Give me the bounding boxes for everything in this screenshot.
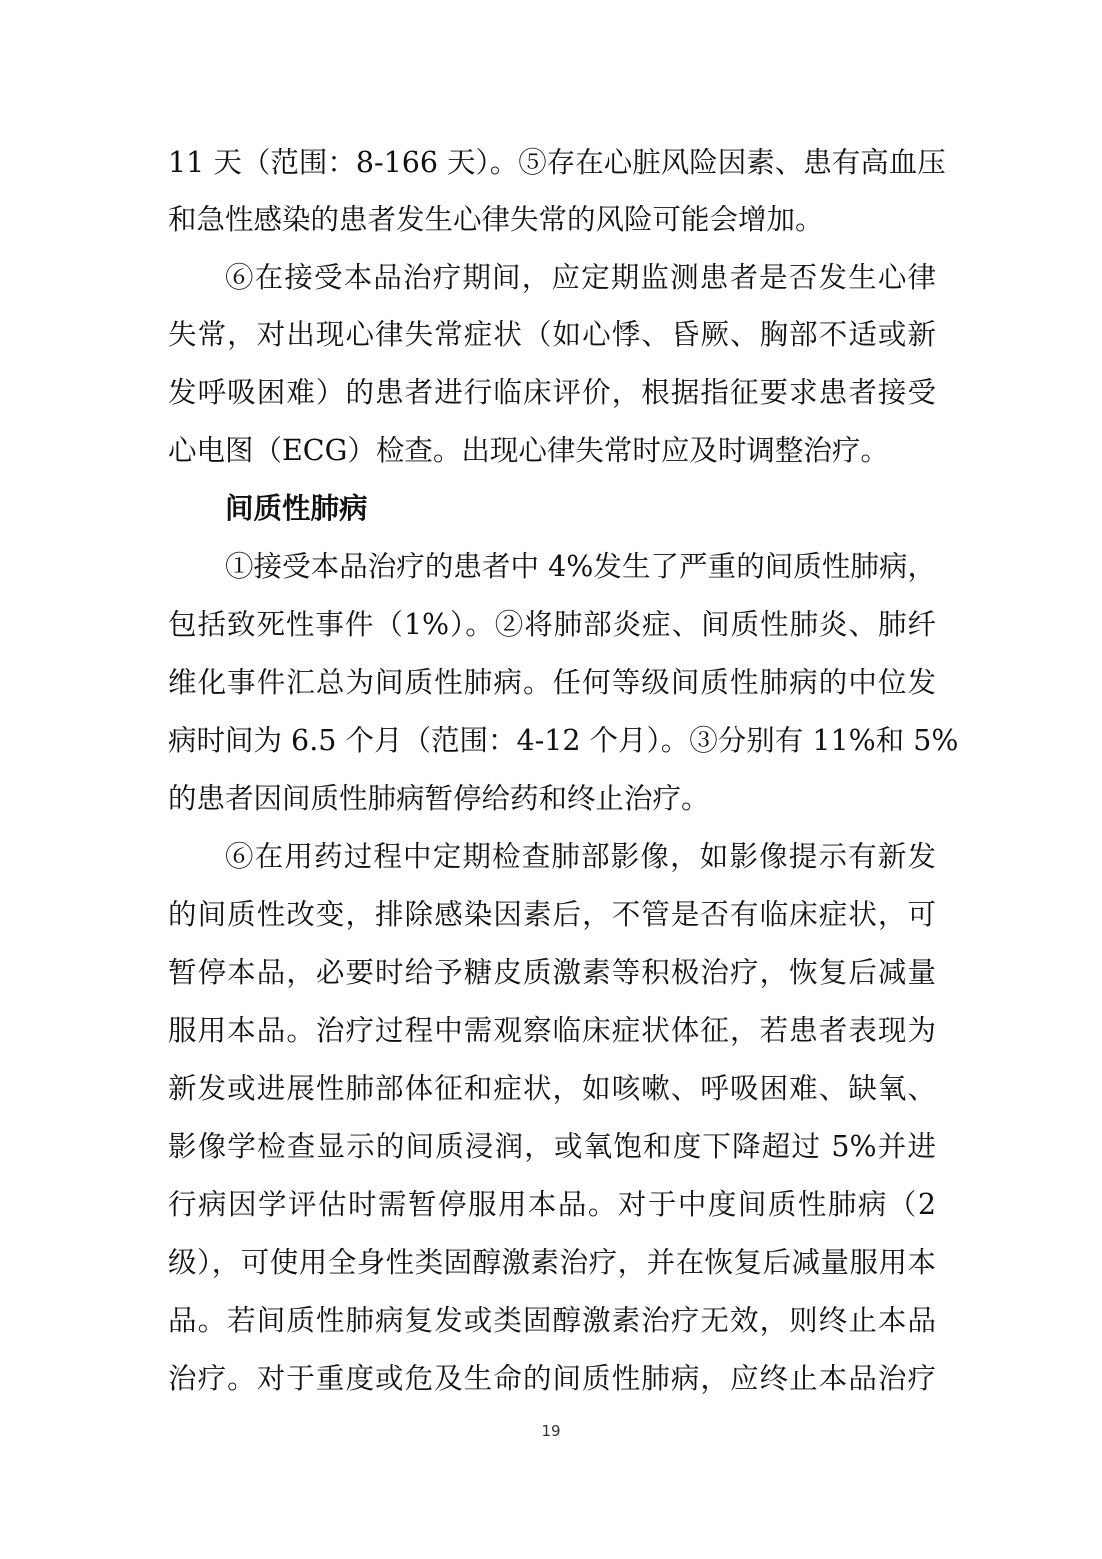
text-line: 的间质性改变，排除感染因素后，不管是否有临床症状，可	[168, 895, 936, 935]
text-line: 服用本品。治疗过程中需观察临床症状体征，若患者表现为	[168, 1011, 936, 1051]
text-line: 病时间为 6.5 个月（范围：4-12 个月）。③分别有 11%和 5%	[168, 721, 936, 761]
page-number: 19	[0, 1422, 1102, 1440]
text-line: 发呼吸困难）的患者进行临床评价，根据指征要求患者接受	[168, 373, 936, 413]
text-line: 级），可使用全身性类固醇激素治疗，并在恢复后减量服用本	[168, 1243, 936, 1283]
text-line: 新发或进展性肺部体征和症状，如咳嗽、呼吸困难、缺氧、	[168, 1069, 936, 1109]
text-line: ①接受本品治疗的患者中 4%发生了严重的间质性肺病，	[225, 547, 936, 587]
text-line: 心电图（ECG）检查。出现心律失常时应及时调整治疗。	[168, 431, 936, 471]
text-line: 影像学检查显示的间质浸润，或氧饱和度下降超过 5%并进	[168, 1127, 936, 1167]
text-line: 行病因学评估时需暂停服用本品。对于中度间质性肺病（2	[168, 1185, 936, 1225]
text-line: 暂停本品，必要时给予糖皮质激素等积极治疗，恢复后减量	[168, 953, 936, 993]
text-line: 包括致死性事件（1%）。②将肺部炎症、间质性肺炎、肺纤	[168, 605, 936, 645]
text-line: 失常，对出现心律失常症状（如心悸、昏厥、胸部不适或新	[168, 315, 936, 355]
text-line: 的患者因间质性肺病暂停给药和终止治疗。	[168, 779, 936, 819]
text-line: ⑥在用药过程中定期检查肺部影像，如影像提示有新发	[225, 837, 936, 877]
section-heading: 间质性肺病	[225, 489, 368, 529]
text-line: 11 天（范围：8-166 天）。⑤存在心脏风险因素、患有高血压	[168, 143, 936, 183]
text-line: 维化事件汇总为间质性肺病。任何等级间质性肺病的中位发	[168, 663, 936, 703]
document-page: 11 天（范围：8-166 天）。⑤存在心脏风险因素、患有高血压 和急性感染的患…	[0, 0, 1102, 1559]
text-line: ⑥在接受本品治疗期间，应定期监测患者是否发生心律	[225, 258, 936, 298]
text-line: 治疗。对于重度或危及生命的间质性肺病，应终止本品治疗	[168, 1359, 936, 1399]
text-line: 和急性感染的患者发生心律失常的风险可能会增加。	[168, 200, 936, 240]
text-line: 品。若间质性肺病复发或类固醇激素治疗无效，则终止本品	[168, 1301, 936, 1341]
